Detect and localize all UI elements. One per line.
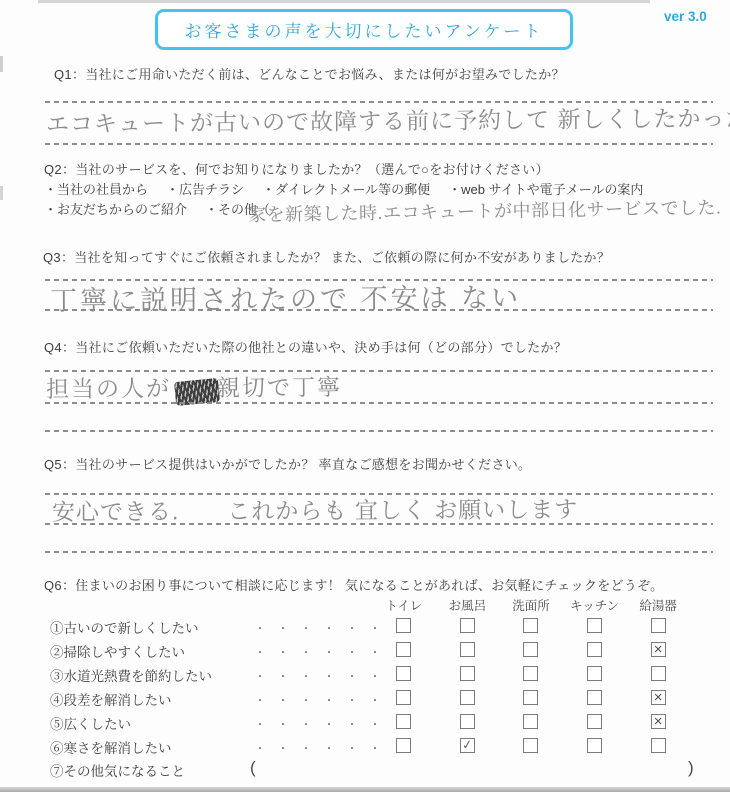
checkbox-r1-washroom[interactable] [523,618,538,633]
checkbox-r4-toilet[interactable] [396,690,411,705]
answer-line [45,402,713,404]
checkbox-r2-bath[interactable] [460,642,475,657]
scan-smudge [0,186,3,200]
q2-option-flyer: ・広告チラシ [166,179,244,198]
table-row: ②掃除しやすくしたい ・・・・・・ × [0,641,730,661]
row-label: ④段差を解消したい [50,689,172,709]
q2-options-row1: ・当社の社員から ・広告チラシ ・ダイレクトメール等の郵便 ・web サイトや電… [44,179,643,198]
row-label: ①古いので新しくしたい [50,617,199,637]
checkbox-r2-washroom[interactable] [523,642,538,657]
checkbox-r3-washroom[interactable] [523,666,538,681]
scan-edge-top [38,0,650,3]
checkbox-r6-washroom[interactable] [523,738,538,753]
row-label: ⑥寒さを解消したい [50,737,172,757]
table-row-other: ⑦その他気になること ( ) [0,760,730,780]
row-label: ⑤広くしたい [50,713,131,733]
column-header-washroom: 洗面所 [499,596,563,614]
checkbox-r5-water-heater[interactable]: × [651,714,666,729]
checkbox-r2-toilet[interactable] [396,642,411,657]
handwritten-answer-q1: エコキュートが古いので故障する前に予約して 新しくしたかった. [46,100,730,139]
checkbox-r6-water-heater[interactable] [651,738,666,753]
checkbox-r5-kitchen[interactable] [587,714,602,729]
checkbox-r3-bath[interactable] [460,666,475,681]
table-row: ④段差を解消したい ・・・・・・ × [0,689,730,709]
handwritten-check-mark: ✓ [461,737,474,751]
column-header-bath: お風呂 [436,596,500,614]
checkbox-r5-toilet[interactable] [396,714,411,729]
checkbox-r3-toilet[interactable] [396,666,411,681]
answer-line [45,551,713,553]
column-header-water-heater: 給湯器 [626,596,690,614]
checkbox-r1-toilet[interactable] [396,618,411,633]
handwritten-q4-part2: 親切で丁寧 [217,374,342,401]
checkbox-r4-kitchen[interactable] [587,690,602,705]
handwritten-answer-q3: 丁寧に説明されたので 不安は ない [50,276,521,318]
column-header-kitchen: キッチン [563,596,627,614]
checkbox-r6-bath[interactable]: ✓ [460,738,475,753]
q2-option-direct-mail: ・ダイレクトメール等の郵便 [262,179,430,198]
handwritten-answer-q4: 担当の人が親切で丁寧 [46,369,342,404]
answer-line [45,523,713,525]
row-label: ⑦その他気になること [50,760,185,780]
checkbox-r1-water-heater[interactable] [651,618,666,633]
table-row: ①古いので新しくしたい ・・・・・・ [0,617,730,637]
checkbox-r4-water-heater[interactable]: × [651,690,666,705]
q2-options-row2: ・お友だちからのご紹介 ・その他（ [44,199,270,218]
scan-edge-bottom [0,787,730,792]
question-q1: Q1：当社にご用命いただく前は、どんなことでお悩み、または何がお望みでしたか？ [54,64,565,83]
checkbox-r1-bath[interactable] [460,618,475,633]
q2-option-staff: ・当社の社員から [44,179,148,198]
question-q2: Q2：当社のサービスを、何でお知りになりましたか？（選んで○をお付けください） [44,159,549,178]
checkbox-r1-kitchen[interactable] [587,618,602,633]
table-row: ⑤広くしたい ・・・・・・ × [0,713,730,733]
checkbox-r4-washroom[interactable] [523,690,538,705]
handwritten-q4-part1: 担当の人が [46,375,171,402]
paren-close: ) [688,758,694,778]
survey-title-box: お客さまの声を大切にしたいアンケート [155,9,573,50]
checkbox-r3-kitchen[interactable] [587,666,602,681]
checkbox-r5-bath[interactable] [460,714,475,729]
checkbox-r5-washroom[interactable] [523,714,538,729]
question-q5: Q5：当社のサービス提供はいかがでしたか？ 率直なご感想をお聞かせください。 [44,454,531,473]
checkbox-r3-water-heater[interactable] [651,666,666,681]
row-label: ②掃除しやすくしたい [50,641,185,661]
q2-option-friend: ・お友だちからのご紹介 [44,199,187,218]
answer-line [45,430,713,432]
answer-line [45,309,713,311]
question-q6: Q6：住まいのお困り事について相談に応じます！ 気になることがあれば、お気軽にチ… [44,575,663,594]
version-label: ver 3.0 [664,9,707,24]
survey-scan-page: お客さまの声を大切にしたいアンケート ver 3.0 Q1：当社にご用命いただく… [0,0,730,792]
paren-open: ( [250,758,256,778]
table-row: ③水道光熱費を節約したい ・・・・・・ [0,665,730,685]
table-row: ⑥寒さを解消したい ・・・・・・ ✓ [0,737,730,757]
checkbox-r4-bath[interactable] [460,690,475,705]
question-q4: Q4：当社にご依頼いただいた際の他社との違いや、決め手は何（どの部分）でしたか？ [44,337,567,356]
handwritten-answer-q5: 安心できる. これからも 宜しく お願いします [52,491,578,527]
handwritten-answer-q2-other: 家を新築した時.エコキュートが中部日化サービスでした. [248,194,722,227]
checkbox-r2-water-heater[interactable]: × [651,642,666,657]
q6-column-headers: トイレ お風呂 洗面所 キッチン 給湯器 [372,596,690,614]
checkbox-r6-kitchen[interactable] [587,738,602,753]
column-header-toilet: トイレ [372,596,436,614]
question-q3: Q3：当社を知ってすぐにご依頼されましたか？ また、ご依頼の際に何か不安がありま… [43,247,610,266]
survey-title: お客さまの声を大切にしたいアンケート [185,17,544,42]
checkbox-r6-toilet[interactable] [396,738,411,753]
scan-smudge [0,56,3,72]
row-label: ③水道光熱費を節約したい [50,665,212,685]
checkbox-r2-kitchen[interactable] [587,642,602,657]
answer-line [45,143,713,145]
